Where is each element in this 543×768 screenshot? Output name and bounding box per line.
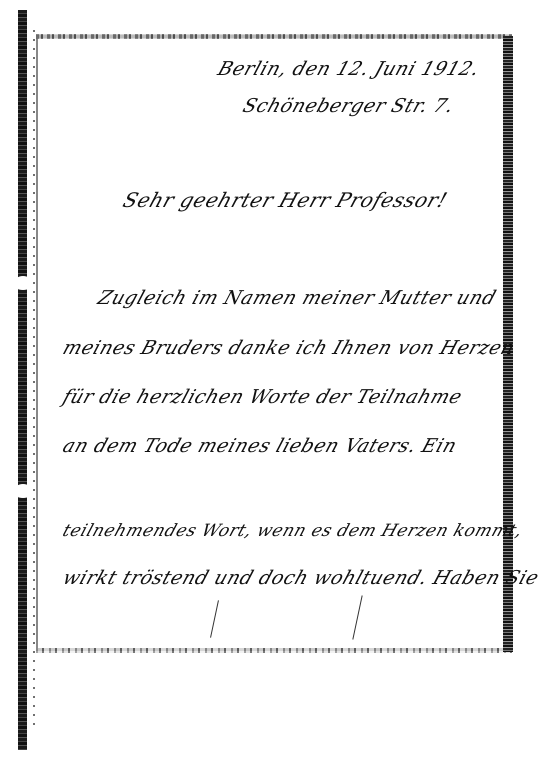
frame-bottom-border [36, 648, 512, 653]
letter-body-line: an dem Tode meines lieben Vaters. Ein [60, 435, 460, 457]
frame-top-border [36, 34, 512, 39]
punch-hole-bottom [14, 484, 32, 498]
letter-body-line: Zugleich im Namen meiner Mutter und [95, 287, 499, 309]
scanner-edge-dots [33, 30, 35, 730]
scanner-edge-strip [18, 10, 27, 750]
letter-date-line: Berlin, den 12. Juni 1912. [215, 58, 482, 80]
letter-address-line: Schöneberger Str. 7. [240, 95, 457, 117]
letter-body-line: teilnehmendes Wort, wenn es dem Herzen k… [60, 521, 525, 541]
punch-hole-top [14, 276, 32, 290]
letter-body-line: wirkt tröstend und doch wohltuend. Haben… [60, 567, 542, 589]
letter-salutation: Sehr geehrter Herr Professor! [120, 188, 451, 212]
letter-body-line: für die herzlichen Worte der Teilnahme [60, 386, 465, 408]
letter-body-line: meines Bruders danke ich Ihnen von Herze… [60, 337, 518, 359]
